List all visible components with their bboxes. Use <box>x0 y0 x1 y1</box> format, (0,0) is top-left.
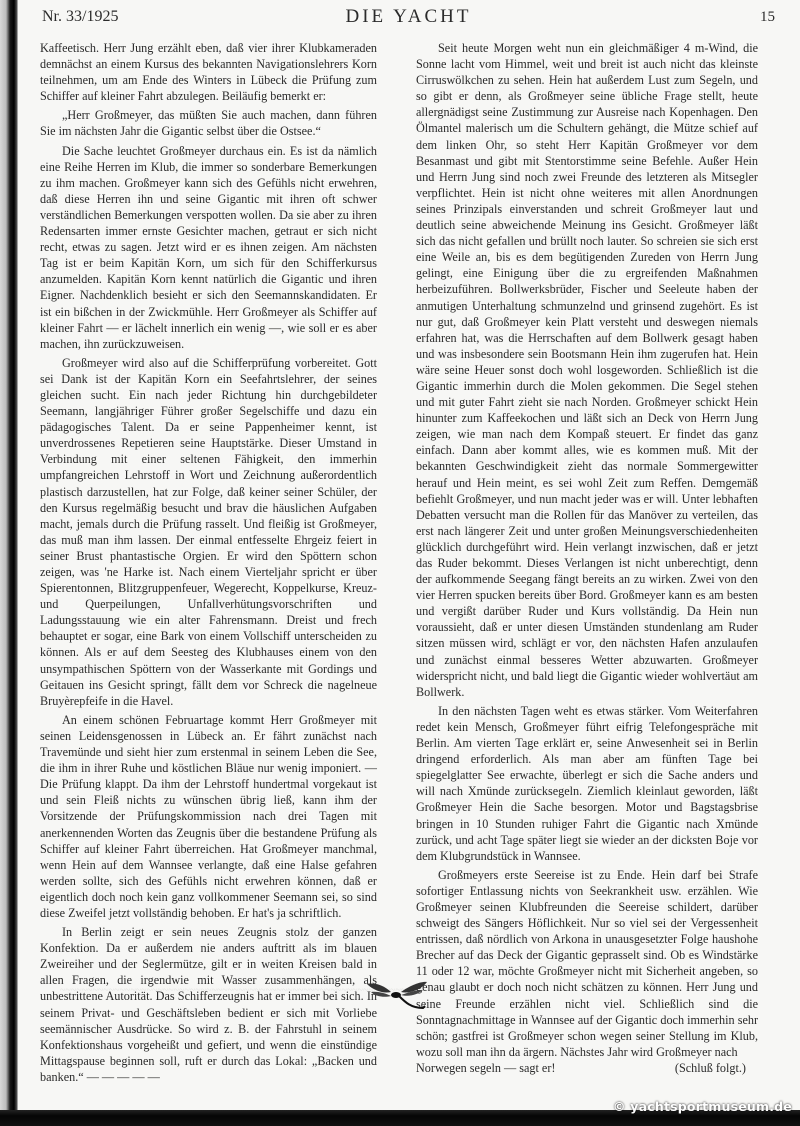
paragraph-quote: „Herr Großmeyer, das müßten Sie auch mac… <box>40 107 377 139</box>
watermark: © yachtsportmuseum.de <box>613 1099 792 1114</box>
paragraph: Großmeyer wird also auf die Schifferprüf… <box>40 355 377 709</box>
page-number: 15 <box>760 9 775 26</box>
continuation-note: (Schluß folgt.) <box>675 1060 746 1076</box>
closing-text: Norwegen segeln — sagt er! <box>416 1060 555 1076</box>
book-binding-edge <box>0 0 18 1126</box>
paragraph: An einem schönen Februartage kommt Herr … <box>40 712 377 921</box>
closing-line: Norwegen segeln — sagt er! (Schluß folgt… <box>416 1060 758 1076</box>
paragraph: Seit heute Morgen weht nun ein gleichmäß… <box>416 40 758 700</box>
masthead-title: DIE YACHT <box>42 6 775 28</box>
page-header: Nr. 33/1925 DIE YACHT 15 <box>42 6 775 30</box>
left-column: Kaffeetisch. Herr Jung erzählt eben, daß… <box>40 40 377 1088</box>
paragraph: Großmeyers erste Seereise ist zu Ende. H… <box>416 867 758 1060</box>
paragraph: Kaffeetisch. Herr Jung erzählt eben, daß… <box>40 40 377 104</box>
paragraph: Die Sache leuchtet Großmeyer durchaus ei… <box>40 143 377 352</box>
right-column: Seit heute Morgen weht nun ein gleichmäß… <box>416 40 758 1076</box>
paragraph: In den nächsten Tagen weht es etwas stär… <box>416 703 758 864</box>
dragonfly-ornament-icon <box>365 980 433 1014</box>
